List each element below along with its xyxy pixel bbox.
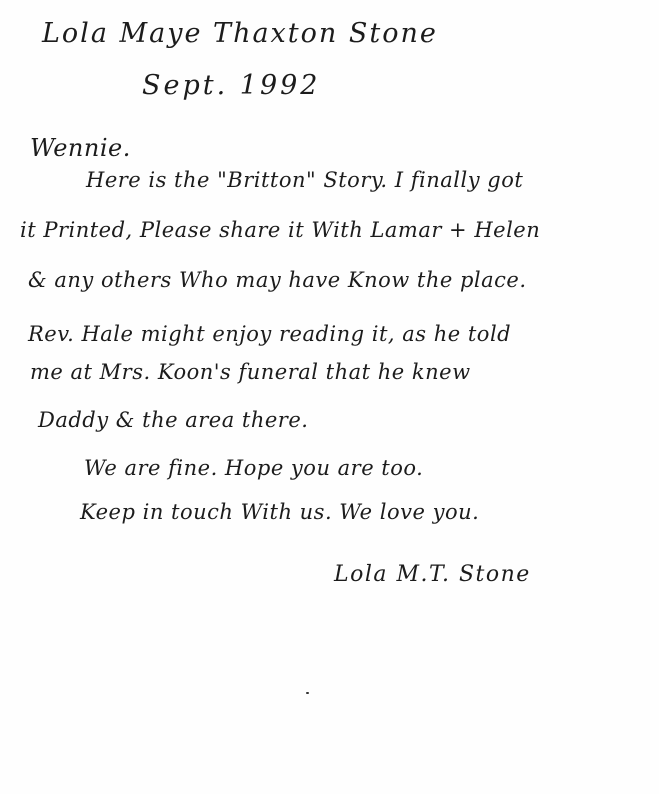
letter-body-line: it Printed, Please share it With Lamar +… <box>20 218 540 242</box>
scan-speck <box>306 692 309 694</box>
letter-body-line: me at Mrs. Koon's funeral that he knew <box>30 360 471 384</box>
letter-body-line: We are fine. Hope you are too. <box>84 456 423 480</box>
letter-greeting: Wennie. <box>30 134 131 162</box>
letter-signature: Lola M.T. Stone <box>334 562 531 587</box>
letter-heading-name: Lola Maye Thaxton Stone <box>42 18 438 49</box>
letter-heading-date: Sept. 1992 <box>142 70 321 101</box>
letter-body-line: & any others Who may have Know the place… <box>28 268 527 292</box>
letter-body-line: Here is the "Britton" Story. I finally g… <box>86 168 523 192</box>
letter-body-line: Rev. Hale might enjoy reading it, as he … <box>28 322 511 346</box>
letter-page: Lola Maye Thaxton Stone Sept. 1992 Wenni… <box>0 0 659 794</box>
letter-body-line: Keep in touch With us. We love you. <box>80 500 479 524</box>
letter-body-line: Daddy & the area there. <box>38 408 308 432</box>
